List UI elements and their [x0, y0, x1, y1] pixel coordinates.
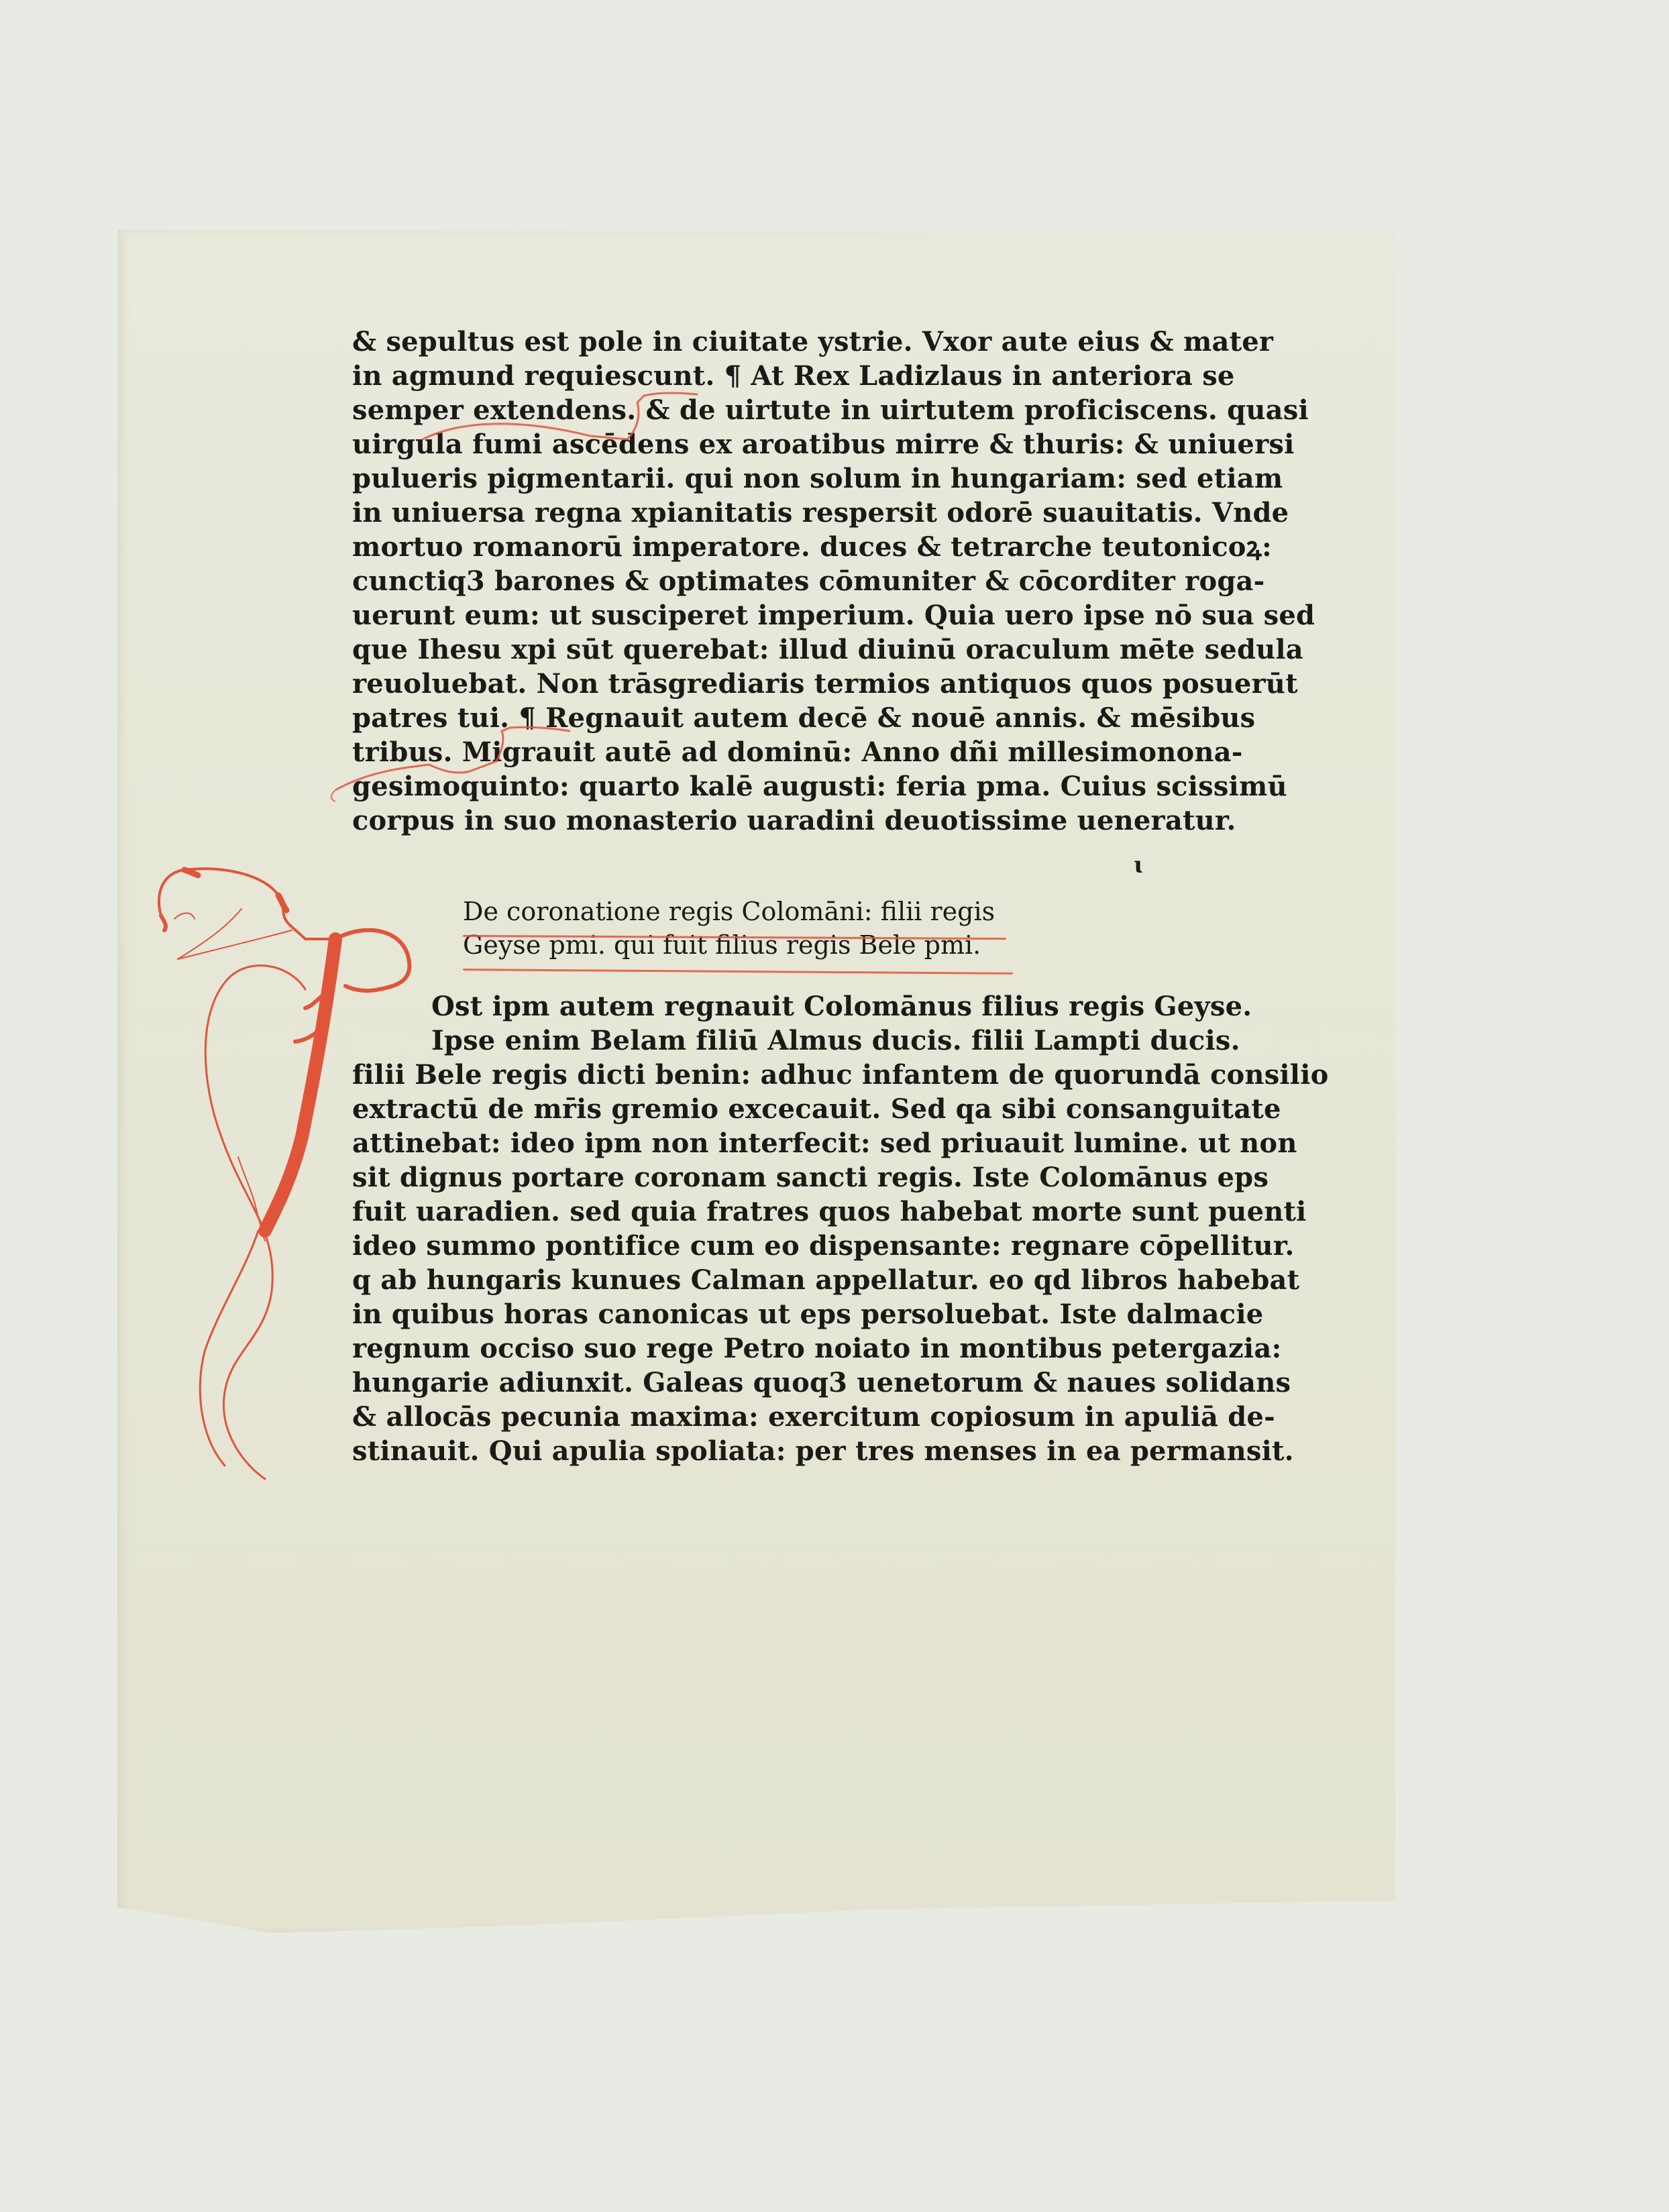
text-line: extractū de mr̄is gremio excecauit. Sed … [352, 1093, 1144, 1126]
text-line: in quibus horas canonicas ut eps persolu… [352, 1298, 1144, 1331]
text-line: stinauit. Qui apulia spoliata: per tres … [352, 1435, 1144, 1468]
chapter-heading-line-1: De coronatione regis Colomāni: filii reg… [463, 896, 995, 927]
chapter-heading-line-2: Geyse pmi. qui fuit filius regis Bele pm… [463, 930, 981, 960]
text-line: & allocās pecunia maxima: exercitum copi… [352, 1400, 1144, 1434]
text-line: Ost ipm autem regnauit Colomānus filius … [431, 990, 1144, 1024]
text-line: q ab hungaris kunues Calman appellatur. … [352, 1264, 1144, 1297]
text-line: ideo summo pontifice cum eo dispensante:… [352, 1229, 1144, 1263]
text-line: fuit uaradien. sed quia fratres quos hab… [352, 1195, 1144, 1229]
text-line: hungarie adiunxit. Galeas quoq3 uenetoru… [352, 1366, 1144, 1400]
text-line: sit dignus portare coronam sancti regis.… [352, 1161, 1144, 1195]
text-line: attinebat: ideo ipm non interfecit: sed … [352, 1127, 1144, 1160]
text-line: filii Bele regis dicti benin: adhuc infa… [352, 1058, 1144, 1092]
text-line: Ipse enim Belam filiū Almus ducis. filii… [431, 1024, 1144, 1058]
text-line: regnum occiso suo rege Petro noiato in m… [352, 1332, 1144, 1366]
